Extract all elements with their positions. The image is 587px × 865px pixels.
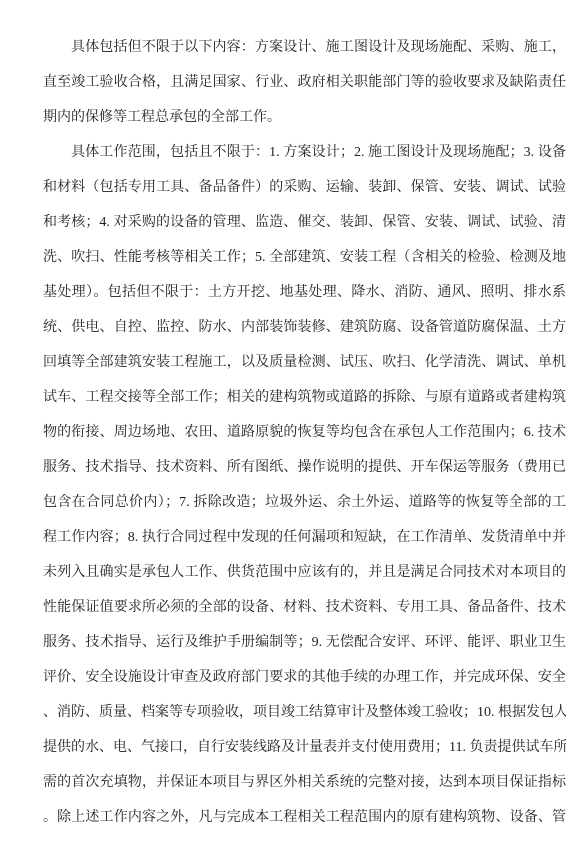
doc-line: 直至竣工验收合格，且满足国家、行业、政府相关职能部门等的验收要求及缺陷责任 <box>43 65 566 100</box>
doc-line: 性能保证值要求所必须的全部的设备、材料、技术资料、专用工具、备品备件、技术 <box>43 590 566 625</box>
document-page: 具体包括但不限于以下内容：方案设计、施工图设计及现场施配、采购、施工， 直至竣工… <box>0 0 587 865</box>
doc-line-paragraph-end: 期内的保修等工程总承包的全部工作。 <box>43 100 566 135</box>
doc-line: 基处理）。包括但不限于：土方开挖、地基处理、降水、消防、通风、照明、排水系 <box>43 275 566 310</box>
doc-line: 物的衔接、周边场地、农田、道路原貌的恢复等均包含在承包人工作范围内；6. 技术 <box>43 415 566 450</box>
doc-line: 服务、技术指导、运行及维护手册编制等；9. 无偿配合安评、环评、能评、职业卫生 <box>43 625 566 660</box>
doc-line: 和材料（包括专用工具、备品备件）的采购、运输、装卸、保管、安装、调试、试验 <box>43 170 566 205</box>
doc-line: 需的首次充填物，并保证本项目与界区外相关系统的完整对接，达到本项目保证指标 <box>43 765 566 800</box>
doc-line: 洗、吹扫、性能考核等相关工作；5. 全部建筑、安装工程（含相关的检验、检测及地 <box>43 240 566 275</box>
doc-line: 回填等全部建筑安装工程施工，以及质量检测、试压、吹扫、化学清洗、调试、单机 <box>43 345 566 380</box>
doc-line: 。除上述工作内容之外，凡与完成本工程相关工程范围内的原有建构筑物、设备、管 <box>43 800 566 835</box>
doc-line: 服务、技术指导、技术资料、所有图纸、操作说明的提供、开车保运等服务（费用已 <box>43 450 566 485</box>
document-body: 具体包括但不限于以下内容：方案设计、施工图设计及现场施配、采购、施工， 直至竣工… <box>43 30 566 835</box>
doc-line: 未列入且确实是承包人工作、供货范围中应该有的，并且是满足合同技术对本项目的 <box>43 555 566 590</box>
doc-line: 提供的水、电、气接口，自行安装线路及计量表并支付使用费用；11. 负责提供试车所 <box>43 730 566 765</box>
doc-line: 具体包括但不限于以下内容：方案设计、施工图设计及现场施配、采购、施工， <box>43 30 566 65</box>
doc-line: 包含在合同总价内）；7. 拆除改造；垃圾外运、余土外运、道路等的恢复等全部的工 <box>43 485 566 520</box>
doc-line: 具体工作范围，包括且不限于：1. 方案设计；2. 施工图设计及现场施配；3. 设… <box>43 135 566 170</box>
doc-line: 统、供电、自控、监控、防水、内部装饰装修、建筑防腐、设备管道防腐保温、土方 <box>43 310 566 345</box>
doc-line: 、消防、质量、档案等专项验收，项目竣工结算审计及整体竣工验收；10. 根据发包人 <box>43 695 566 730</box>
doc-line: 试车、工程交接等全部工作；相关的建构筑物或道路的拆除、与原有道路或者建构筑 <box>43 380 566 415</box>
doc-line: 评价、安全设施设计审查及政府部门要求的其他手续的办理工作，并完成环保、安全 <box>43 660 566 695</box>
doc-line: 程工作内容；8. 执行合同过程中发现的任何漏项和短缺，在工作清单、发货清单中并 <box>43 520 566 555</box>
doc-line: 和考核；4. 对采购的设备的管理、监造、催交、装卸、保管、安装、调试、试验、清 <box>43 205 566 240</box>
